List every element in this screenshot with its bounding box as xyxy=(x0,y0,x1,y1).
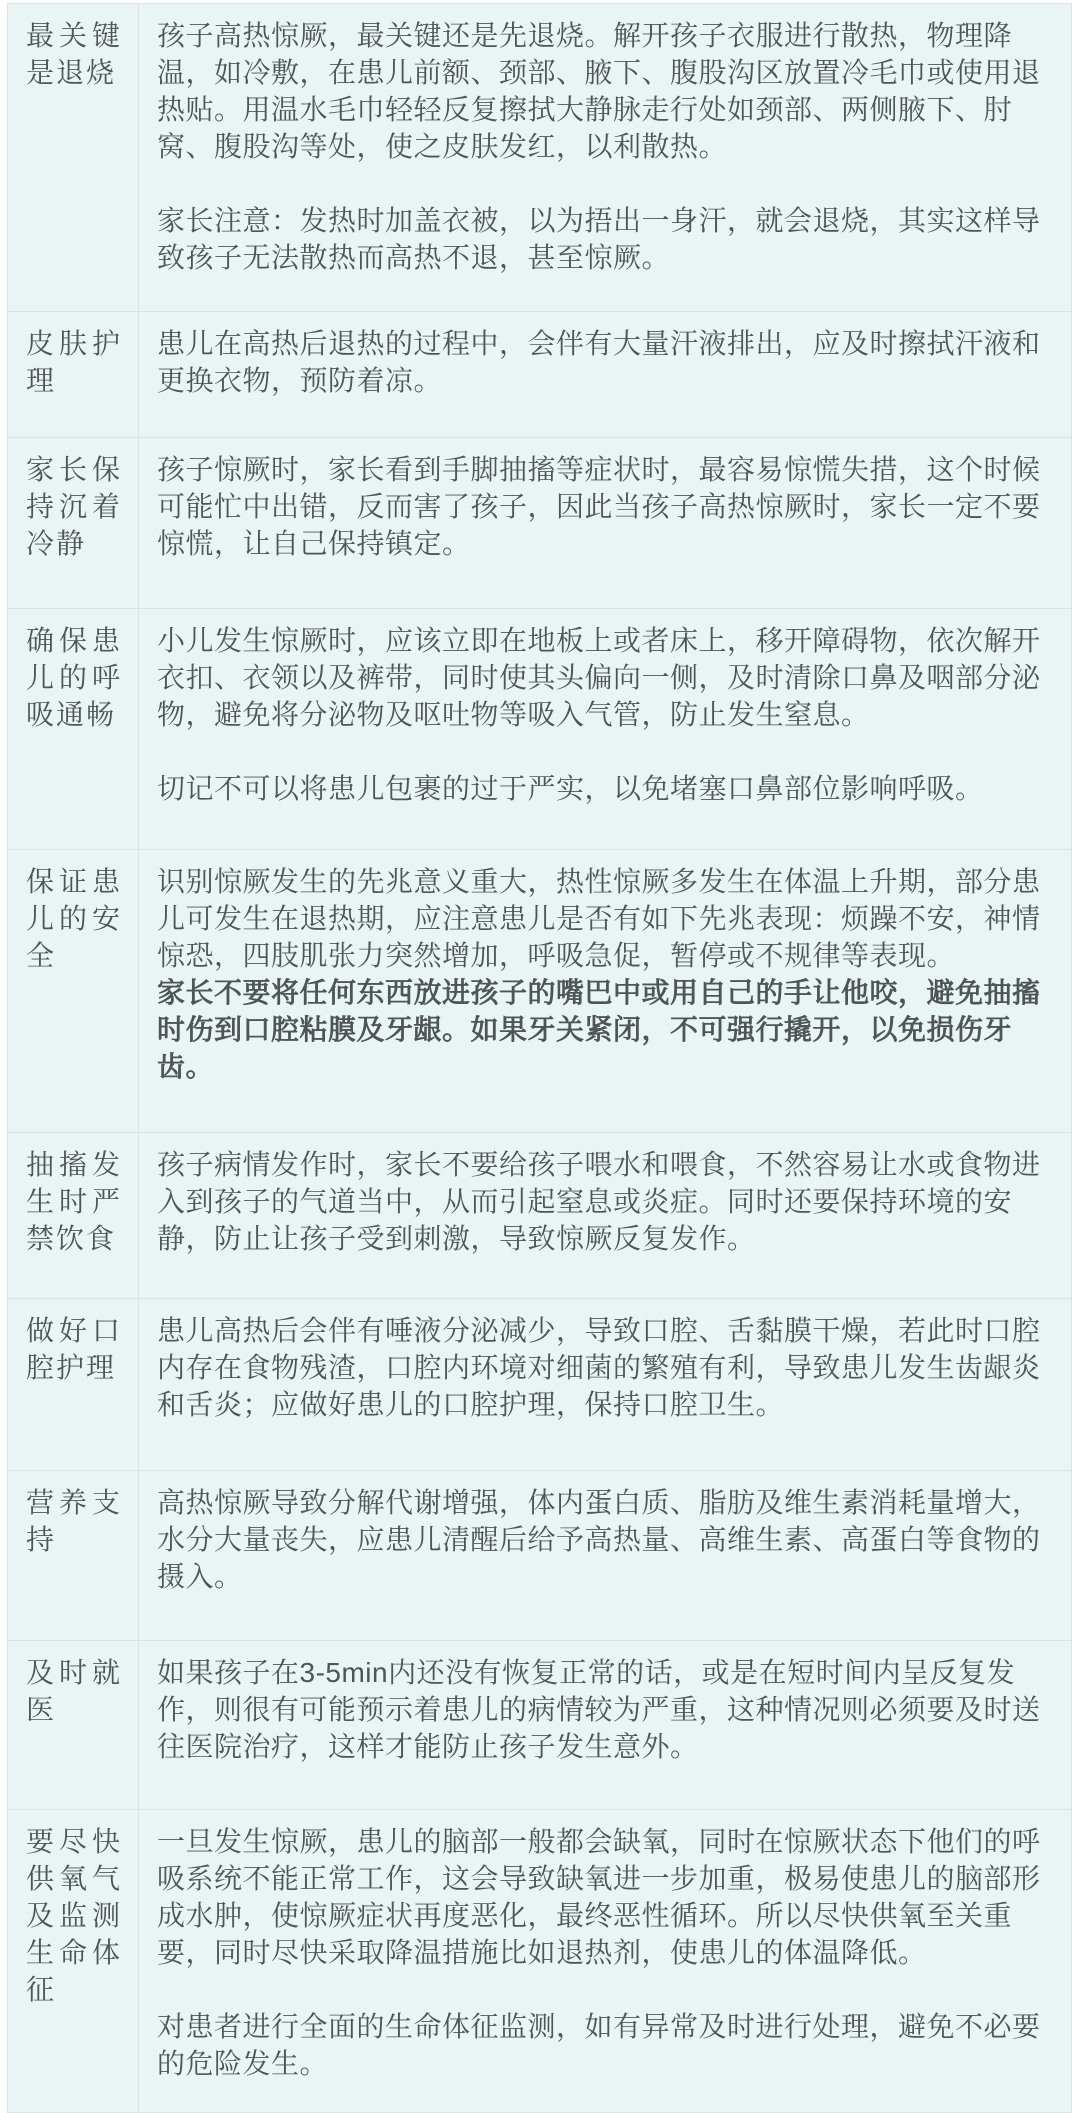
row-body-cell: 孩子惊厥时，家长看到手脚抽搐等症状时，最容易惊慌失措，这个时候可能忙中出错，反而… xyxy=(139,438,1072,609)
body-paragraph: 孩子病情发作时，家长不要给孩子喂水和喂食，不然容易让水或食物进入到孩子的气道当中… xyxy=(157,1146,1057,1257)
table-row: 做好口腔护理 患儿高热后会伴有唾液分泌减少，导致口腔、舌黏膜干燥，若此时口腔内存… xyxy=(8,1299,1072,1471)
table-row: 营养支持 高热惊厥导致分解代谢增强，体内蛋白质、脂肪及维生素消耗量增大，水分大量… xyxy=(8,1471,1072,1641)
row-header-cell: 抽搐发生时严禁饮食 xyxy=(8,1133,139,1299)
row-body-cell: 孩子病情发作时，家长不要给孩子喂水和喂食，不然容易让水或食物进入到孩子的气道当中… xyxy=(139,1133,1072,1299)
table-row: 及时就医 如果孩子在3-5min内还没有恢复正常的话，或是在短时间内呈反复发作，… xyxy=(8,1641,1072,1810)
body-paragraph: 如果孩子在3-5min内还没有恢复正常的话，或是在短时间内呈反复发作，则很有可能… xyxy=(157,1654,1057,1765)
body-paragraph: 患儿在高热后退热的过程中，会伴有大量汗液排出，应及时擦拭汗液和更换衣物，预防着凉… xyxy=(157,325,1057,399)
row-header-cell: 保证患儿的安全 xyxy=(8,850,139,1133)
row-body-cell: 患儿在高热后退热的过程中，会伴有大量汗液排出，应及时擦拭汗液和更换衣物，预防着凉… xyxy=(139,312,1072,438)
body-paragraph: 高热惊厥导致分解代谢增强，体内蛋白质、脂肪及维生素消耗量增大，水分大量丧失，应患… xyxy=(157,1484,1057,1595)
row-header-cell: 最关键是退烧 xyxy=(8,4,139,312)
body-paragraph: 患儿高热后会伴有唾液分泌减少，导致口腔、舌黏膜干燥，若此时口腔内存在食物残渣，口… xyxy=(157,1312,1057,1423)
body-paragraph: 家长不要将任何东西放进孩子的嘴巴中或用自己的手让他咬，避免抽搐时伤到口腔粘膜及牙… xyxy=(157,974,1057,1085)
care-instructions-table: 最关键是退烧 孩子高热惊厥，最关键还是先退烧。解开孩子衣服进行散热，物理降温，如… xyxy=(7,3,1072,2113)
table-row: 最关键是退烧 孩子高热惊厥，最关键还是先退烧。解开孩子衣服进行散热，物理降温，如… xyxy=(8,4,1072,312)
body-paragraph: 一旦发生惊厥，患儿的脑部一般都会缺氧，同时在惊厥状态下他们的呼吸系统不能正常工作… xyxy=(157,1823,1057,1971)
body-paragraph: 小儿发生惊厥时，应该立即在地板上或者床上，移开障碍物，依次解开衣扣、衣领以及裤带… xyxy=(157,622,1057,733)
row-body-cell: 小儿发生惊厥时，应该立即在地板上或者床上，移开障碍物，依次解开衣扣、衣领以及裤带… xyxy=(139,609,1072,850)
care-table-body: 最关键是退烧 孩子高热惊厥，最关键还是先退烧。解开孩子衣服进行散热，物理降温，如… xyxy=(8,4,1072,2113)
body-paragraph: 家长注意：发热时加盖衣被，以为捂出一身汗，就会退烧，其实这样导致孩子无法散热而高… xyxy=(157,202,1057,276)
body-paragraph: 切记不可以将患儿包裹的过于严实，以免堵塞口鼻部位影响呼吸。 xyxy=(157,770,1057,807)
table-row: 保证患儿的安全 识别惊厥发生的先兆意义重大，热性惊厥多发生在体温上升期，部分患儿… xyxy=(8,850,1072,1133)
table-row: 家长保持沉着冷静 孩子惊厥时，家长看到手脚抽搐等症状时，最容易惊慌失措，这个时候… xyxy=(8,438,1072,609)
table-row: 要尽快供氧气及监测生命体征 一旦发生惊厥，患儿的脑部一般都会缺氧，同时在惊厥状态… xyxy=(8,1810,1072,2113)
row-body-cell: 患儿高热后会伴有唾液分泌减少，导致口腔、舌黏膜干燥，若此时口腔内存在食物残渣，口… xyxy=(139,1299,1072,1471)
row-header-cell: 皮肤护理 xyxy=(8,312,139,438)
article-page: 最关键是退烧 孩子高热惊厥，最关键还是先退烧。解开孩子衣服进行散热，物理降温，如… xyxy=(0,0,1080,1861)
body-paragraph: 对患者进行全面的生命体征监测，如有异常及时进行处理，避免不必要的危险发生。 xyxy=(157,2008,1057,2082)
table-row: 确保患儿的呼吸通畅 小儿发生惊厥时，应该立即在地板上或者床上，移开障碍物，依次解… xyxy=(8,609,1072,850)
row-header-cell: 家长保持沉着冷静 xyxy=(8,438,139,609)
row-body-cell: 一旦发生惊厥，患儿的脑部一般都会缺氧，同时在惊厥状态下他们的呼吸系统不能正常工作… xyxy=(139,1810,1072,2113)
row-header-cell: 及时就医 xyxy=(8,1641,139,1810)
row-header-cell: 确保患儿的呼吸通畅 xyxy=(8,609,139,850)
body-paragraph: 孩子高热惊厥，最关键还是先退烧。解开孩子衣服进行散热，物理降温，如冷敷，在患儿前… xyxy=(157,17,1057,165)
body-paragraph: 识别惊厥发生的先兆意义重大，热性惊厥多发生在体温上升期，部分患儿可发生在退热期，… xyxy=(157,863,1057,974)
table-row: 抽搐发生时严禁饮食 孩子病情发作时，家长不要给孩子喂水和喂食，不然容易让水或食物… xyxy=(8,1133,1072,1299)
row-body-cell: 孩子高热惊厥，最关键还是先退烧。解开孩子衣服进行散热，物理降温，如冷敷，在患儿前… xyxy=(139,4,1072,312)
row-header-cell: 要尽快供氧气及监测生命体征 xyxy=(8,1810,139,2113)
row-body-cell: 高热惊厥导致分解代谢增强，体内蛋白质、脂肪及维生素消耗量增大，水分大量丧失，应患… xyxy=(139,1471,1072,1641)
row-body-cell: 如果孩子在3-5min内还没有恢复正常的话，或是在短时间内呈反复发作，则很有可能… xyxy=(139,1641,1072,1810)
row-header-cell: 做好口腔护理 xyxy=(8,1299,139,1471)
table-row: 皮肤护理 患儿在高热后退热的过程中，会伴有大量汗液排出，应及时擦拭汗液和更换衣物… xyxy=(8,312,1072,438)
row-header-cell: 营养支持 xyxy=(8,1471,139,1641)
row-body-cell: 识别惊厥发生的先兆意义重大，热性惊厥多发生在体温上升期，部分患儿可发生在退热期，… xyxy=(139,850,1072,1133)
body-paragraph: 孩子惊厥时，家长看到手脚抽搐等症状时，最容易惊慌失措，这个时候可能忙中出错，反而… xyxy=(157,451,1057,562)
